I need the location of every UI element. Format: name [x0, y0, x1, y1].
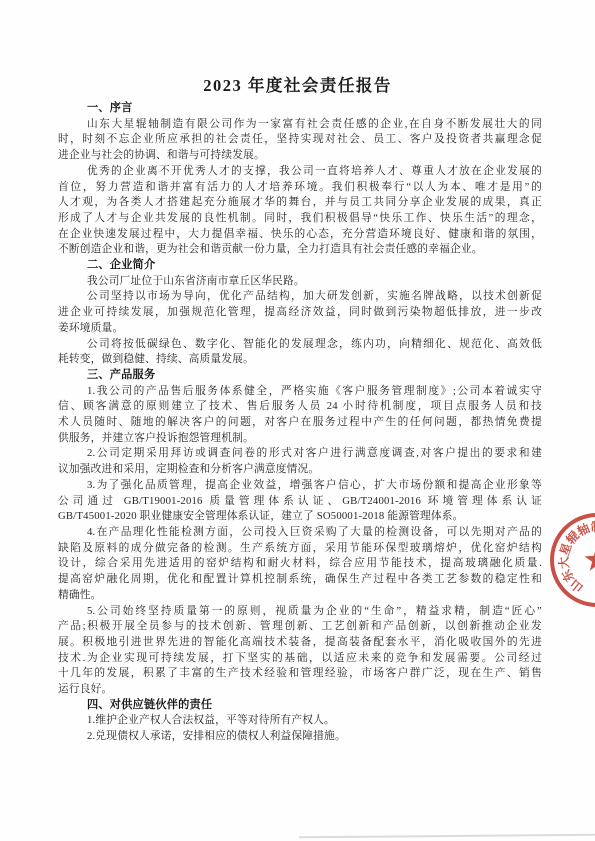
section-heading: 四、对供应链伙伴的责任	[58, 698, 542, 714]
text-line: 3.为了强化品质管理，提高企业效益，增强客户信心，扩大市场份额和提高企业形象等	[58, 478, 542, 494]
svg-text:山: 山	[568, 577, 586, 595]
section-heading: 一、序言	[58, 101, 542, 117]
text-line: 展。积极地引进世界先进的智能化高端技术装备，提高装备配套水平，消化吸收国外的先进	[58, 635, 542, 651]
text-line: 耗转变，做到稳健、持续、高质量发展。	[58, 352, 542, 368]
svg-text:3: 3	[572, 530, 578, 537]
document-title: 2023 年度社会责任报告	[0, 72, 595, 96]
text-line: 2.公司定期采用拜访或调查问卷的形式对客户进行满意度调查,对客户提出的要求和建	[58, 446, 542, 462]
text-line: 公司将按低碳绿色、数字化、智能化的发展理念，练内功，向精细化、规范化、高效低	[58, 337, 542, 353]
svg-text:星: 星	[557, 541, 574, 557]
text-line: 设计，综合采用先进适用的窑炉结构和耐火材料，综合应用节能技术，提高玻璃融化质量.	[58, 556, 542, 572]
text-line: 公司通过 GB/T19001-2016 质量管理体系认证、GB/T24001-2…	[58, 494, 542, 510]
text-line: 缺陷及原料的成分做完备的检测。生产系统方面，采用节能环保型玻璃熔炉，优化窑炉结构	[58, 541, 542, 557]
text-line: 技术.为企业实现可持续发展，打下坚实的基础，以适应未来的竞争和发展需要。公司经过	[58, 651, 542, 667]
text-line: 5.公司始终坚持质量第一的原则，视质量为企业的“生命”，精益求精，制造“匠心”	[58, 604, 542, 620]
text-line: 2.兑现债权人承诺，安排相应的债权人利益保障措施。	[58, 729, 542, 745]
text-line: 信、顾客满意的原则建立了技术、售后服务人员 24 小时待机制度，项目点服务人员和…	[58, 399, 542, 415]
company-seal: 山东大星辊轴制造有限公司 37	[537, 500, 595, 620]
text-line: 产品;积极开展全员参与的技术创新、管理创新、工艺创新和产品创新，以创新推动企业发	[58, 619, 542, 635]
text-line: 公司坚持以市场为导向，优化产品结构，加大研发创新，实施名牌战略，以技术创新促	[58, 289, 542, 305]
text-line: 提高窑炉融化周期，优化和配置计算机控制系统，确保生产过程中各类工艺参数的稳定性和	[58, 572, 542, 588]
svg-text:轴: 轴	[575, 520, 592, 539]
text-line: 我公司厂址位于山东省济南市章丘区华民路。	[58, 274, 542, 290]
document-body: 一、序言山东大星辊轴制造有限公司作为一家富有社会责任感的企业,在自身不断发展壮大…	[58, 101, 542, 745]
text-line: 议加强改进和采用，定期检查和分析客户满意度情况。	[58, 462, 542, 478]
text-line: 精确性。	[58, 588, 542, 604]
text-line: 十几年的发展，积累了丰富的生产技术经验和管理经验，市场客户群广泛，现在生产、销售	[58, 666, 542, 682]
svg-text:7: 7	[576, 527, 582, 534]
text-line: 人才观，为各类人才搭建起充分施展才华的舞台，并与员工共同分享企业发展的成果，真正	[58, 195, 542, 211]
svg-text:制: 制	[591, 519, 595, 534]
section-heading: 三、产品服务	[58, 368, 542, 384]
text-line: 供服务，并建立客户投诉抱怨管理机制。	[58, 431, 542, 447]
text-line: 山东大星辊轴制造有限公司作为一家富有社会责任感的企业,在自身不断发展壮大的同	[58, 117, 542, 133]
svg-text:东: 东	[558, 567, 577, 585]
text-line: 进企业可持续发展，加强规范化管理，提高经济效益，同时做到污染物超低排放，进一步改	[58, 305, 542, 321]
seal-ring	[544, 507, 595, 614]
text-line: 1.我公司的产品售后服务体系健全，严格实施《客户服务管理制度》;公司本着诚实守	[58, 384, 542, 400]
text-line: 1.维护企业产权人合法权益，平等对待所有产权人。	[58, 713, 542, 729]
seal-registration-digits: 37	[571, 526, 583, 537]
text-line: 4.在产品理化性能检测方面，公司投入巨资采购了大量的检测设备，可以先期对产品的	[58, 525, 542, 541]
text-line: 不断创造企业和谐，更为社会和谐贡献一份力量，全力打造具有社会责任感的幸福企业。	[58, 242, 542, 258]
text-line: 在企业快速发展过程中，大力提倡幸福、快乐的心态，充分营造环境良好、健康和谐的氛围…	[58, 227, 542, 243]
text-line: GB/T45001-2020 职业健康安全管理体系认证，建立了 SO50001-…	[58, 509, 542, 525]
seal-company-name: 山东大星辊轴制造有限公司	[548, 511, 595, 598]
text-line: 优秀的企业离不开优秀人才的支撑，我公司一直将培养人才、尊重人才放在企业发展的	[58, 164, 542, 180]
text-line: 运行良好。	[58, 682, 542, 698]
text-line: 进企业与社会的协调、和谐与可持续发展。	[58, 148, 542, 164]
text-line: 术人员随时、随地的解决客户的问题，对客户在服务过程中产生的任何问题，都热情免费提	[58, 415, 542, 431]
text-line: 时，时刻不忘企业所应承担的社会责任，坚持实现对社会、员工、客户及投资者共赢理念促	[58, 132, 542, 148]
scanned-report-page: 2023 年度社会责任报告 一、序言山东大星辊轴制造有限公司作为一家富有社会责任…	[0, 0, 595, 841]
text-line: 首位，努力营造和谐并富有活力的人才培养环境。我们积极奉行“以人为本、唯才是用”的	[58, 180, 542, 196]
text-line: 姜环境质量。	[58, 321, 542, 337]
svg-text:大: 大	[556, 556, 572, 569]
scan-page-edge	[299, 834, 595, 838]
section-heading: 二、企业简介	[58, 258, 542, 274]
text-line: 形成了人才与企业共发展的良性机制。同时，我们积极倡导“快乐工作、快乐生活”的理念…	[58, 211, 542, 227]
svg-text:辊: 辊	[562, 528, 582, 548]
seal-star-icon	[583, 545, 595, 574]
